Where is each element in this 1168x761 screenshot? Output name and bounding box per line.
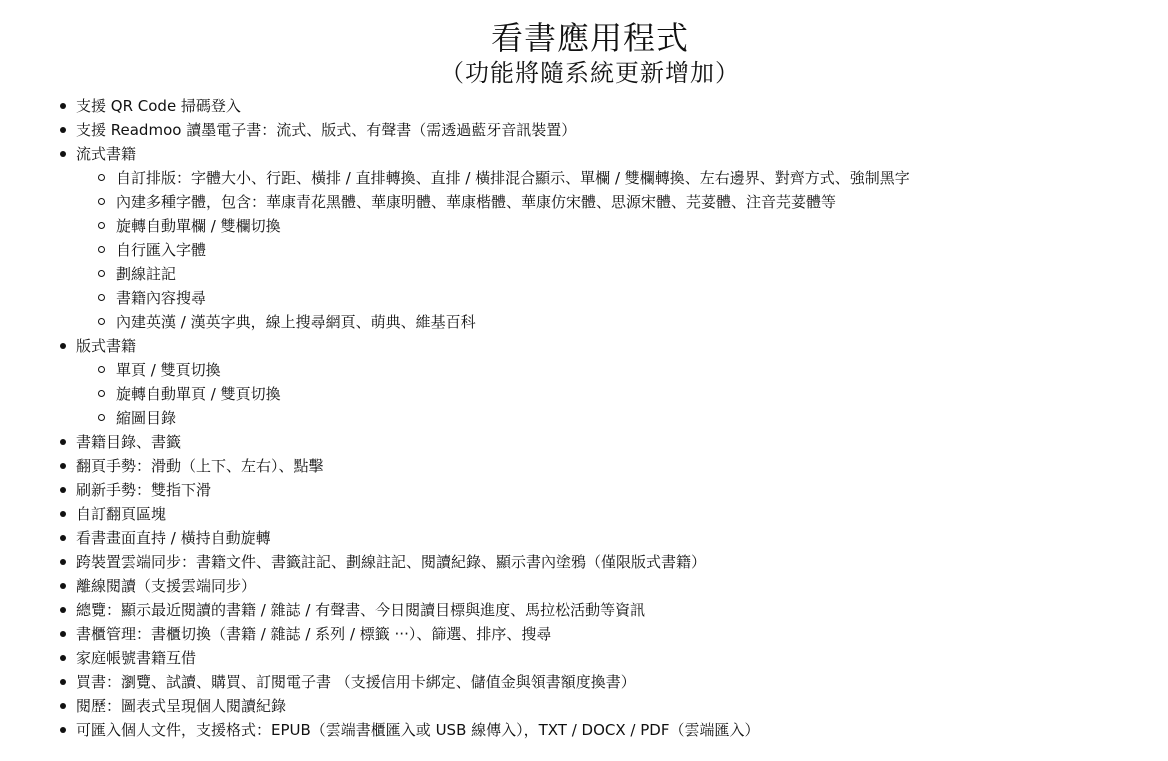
feature-item-family-sharing: 家庭帳號書籍互借 [76, 646, 910, 670]
feature-item-qr-login: 支援 QR Code 掃碼登入 [76, 94, 910, 118]
sub-bullet-text: 劃線註記 [116, 265, 176, 283]
feature-item-page-turn-gestures: 翻頁手勢：滑動（上下、左右）、點擊 [76, 454, 910, 478]
bullet-text: 版式書籍 [76, 337, 136, 355]
bullet-text: 刷新手勢：雙指下滑 [76, 481, 211, 499]
sub-item: 內建多種字體，包含：華康青花黑體、華康明體、華康楷體、華康仿宋體、思源宋體、芫荽… [116, 190, 910, 214]
sub-item: 劃線註記 [116, 262, 910, 286]
sub-item: 單頁 / 雙頁切換 [116, 358, 910, 382]
feature-item-reading-history: 閱歷：圖表式呈現個人閱讀紀錄 [76, 694, 910, 718]
page-title: 看書應用程式 [0, 18, 1168, 58]
bullet-text: 可匯入個人文件，支援格式：EPUB（雲端書櫃匯入或 USB 線傳入），TXT /… [76, 721, 759, 739]
reflowable-sublist: 自訂排版：字體大小、行距、橫排 / 直排轉換、直排 / 橫排混合顯示、單欄 / … [76, 166, 910, 334]
sub-bullet-text: 書籍內容搜尋 [116, 289, 206, 307]
bullet-text: 翻頁手勢：滑動（上下、左右）、點擊 [76, 457, 324, 475]
feature-item-offline-reading: 離線閱讀（支援雲端同步） [76, 574, 910, 598]
feature-item-custom-page-zones: 自訂翻頁區塊 [76, 502, 910, 526]
feature-item-toc-bookmarks: 書籍目錄、書籤 [76, 430, 910, 454]
page-subtitle: （功能將隨系統更新增加） [0, 58, 1168, 88]
feature-item-bookshelf-management: 書櫃管理：書櫃切換（書籍 / 雜誌 / 系列 / 標籤 ‧‧‧）、篩選、排序、搜… [76, 622, 910, 646]
sub-item: 書籍內容搜尋 [116, 286, 910, 310]
feature-item-fixed-layout-books: 版式書籍 單頁 / 雙頁切換 旋轉自動單頁 / 雙頁切換 縮圖目錄 [76, 334, 910, 430]
feature-item-auto-rotate: 看書畫面直持 / 橫持自動旋轉 [76, 526, 910, 550]
sub-item: 旋轉自動單欄 / 雙欄切換 [116, 214, 910, 238]
feature-item-overview: 總覽：顯示最近閱讀的書籍 / 雜誌 / 有聲書、今日閱讀目標與進度、馬拉松活動等… [76, 598, 910, 622]
bullet-text: 離線閱讀（支援雲端同步） [76, 577, 256, 595]
bullet-text: 跨裝置雲端同步：書籍文件、書籤註記、劃線註記、閱讀紀錄、顯示書內塗鴉（僅限版式書… [76, 553, 706, 571]
sub-bullet-text: 單頁 / 雙頁切換 [116, 361, 221, 379]
sub-bullet-text: 自訂排版：字體大小、行距、橫排 / 直排轉換、直排 / 橫排混合顯示、單欄 / … [116, 169, 910, 187]
bullet-text: 看書畫面直持 / 橫持自動旋轉 [76, 529, 271, 547]
bullet-text: 流式書籍 [76, 145, 136, 163]
feature-item-refresh-gesture: 刷新手勢：雙指下滑 [76, 478, 910, 502]
feature-item-cloud-sync: 跨裝置雲端同步：書籍文件、書籤註記、劃線註記、閱讀紀錄、顯示書內塗鴉（僅限版式書… [76, 550, 910, 574]
feature-item-buy-books: 買書：瀏覽、試讀、購買、訂閱電子書 （支援信用卡綁定、儲值金與領書額度換書） [76, 670, 910, 694]
document-page: 看書應用程式 （功能將隨系統更新增加） 支援 QR Code 掃碼登入 支援 R… [0, 0, 1168, 761]
bullet-text: 支援 Readmoo 讀墨電子書：流式、版式、有聲書（需透過藍牙音訊裝置） [76, 121, 576, 139]
bullet-text: 閱歷：圖表式呈現個人閱讀紀錄 [76, 697, 286, 715]
bullet-text: 書櫃管理：書櫃切換（書籍 / 雜誌 / 系列 / 標籤 ‧‧‧）、篩選、排序、搜… [76, 625, 551, 643]
feature-item-readmoo-support: 支援 Readmoo 讀墨電子書：流式、版式、有聲書（需透過藍牙音訊裝置） [76, 118, 910, 142]
bullet-text: 家庭帳號書籍互借 [76, 649, 196, 667]
sub-item: 自行匯入字體 [116, 238, 910, 262]
bullet-text: 書籍目錄、書籤 [76, 433, 181, 451]
feature-list: 支援 QR Code 掃碼登入 支援 Readmoo 讀墨電子書：流式、版式、有… [0, 94, 910, 742]
sub-bullet-text: 旋轉自動單頁 / 雙頁切換 [116, 385, 281, 403]
sub-bullet-text: 縮圖目錄 [116, 409, 176, 427]
sub-bullet-text: 內建英漢 / 漢英字典，線上搜尋網頁、萌典、維基百科 [116, 313, 476, 331]
sub-item: 旋轉自動單頁 / 雙頁切換 [116, 382, 910, 406]
bullet-text: 總覽：顯示最近閱讀的書籍 / 雜誌 / 有聲書、今日閱讀目標與進度、馬拉松活動等… [76, 601, 645, 619]
feature-item-import-documents: 可匯入個人文件，支援格式：EPUB（雲端書櫃匯入或 USB 線傳入），TXT /… [76, 718, 910, 742]
sub-bullet-text: 內建多種字體，包含：華康青花黑體、華康明體、華康楷體、華康仿宋體、思源宋體、芫荽… [116, 193, 836, 211]
sub-bullet-text: 旋轉自動單欄 / 雙欄切換 [116, 217, 281, 235]
sub-item: 自訂排版：字體大小、行距、橫排 / 直排轉換、直排 / 橫排混合顯示、單欄 / … [116, 166, 910, 190]
feature-item-reflowable-books: 流式書籍 自訂排版：字體大小、行距、橫排 / 直排轉換、直排 / 橫排混合顯示、… [76, 142, 910, 334]
bullet-text: 買書：瀏覽、試讀、購買、訂閱電子書 （支援信用卡綁定、儲值金與領書額度換書） [76, 673, 636, 691]
fixed-layout-sublist: 單頁 / 雙頁切換 旋轉自動單頁 / 雙頁切換 縮圖目錄 [76, 358, 910, 430]
bullet-text: 支援 QR Code 掃碼登入 [76, 97, 241, 115]
sub-item: 內建英漢 / 漢英字典，線上搜尋網頁、萌典、維基百科 [116, 310, 910, 334]
sub-item: 縮圖目錄 [116, 406, 910, 430]
bullet-text: 自訂翻頁區塊 [76, 505, 166, 523]
sub-bullet-text: 自行匯入字體 [116, 241, 206, 259]
